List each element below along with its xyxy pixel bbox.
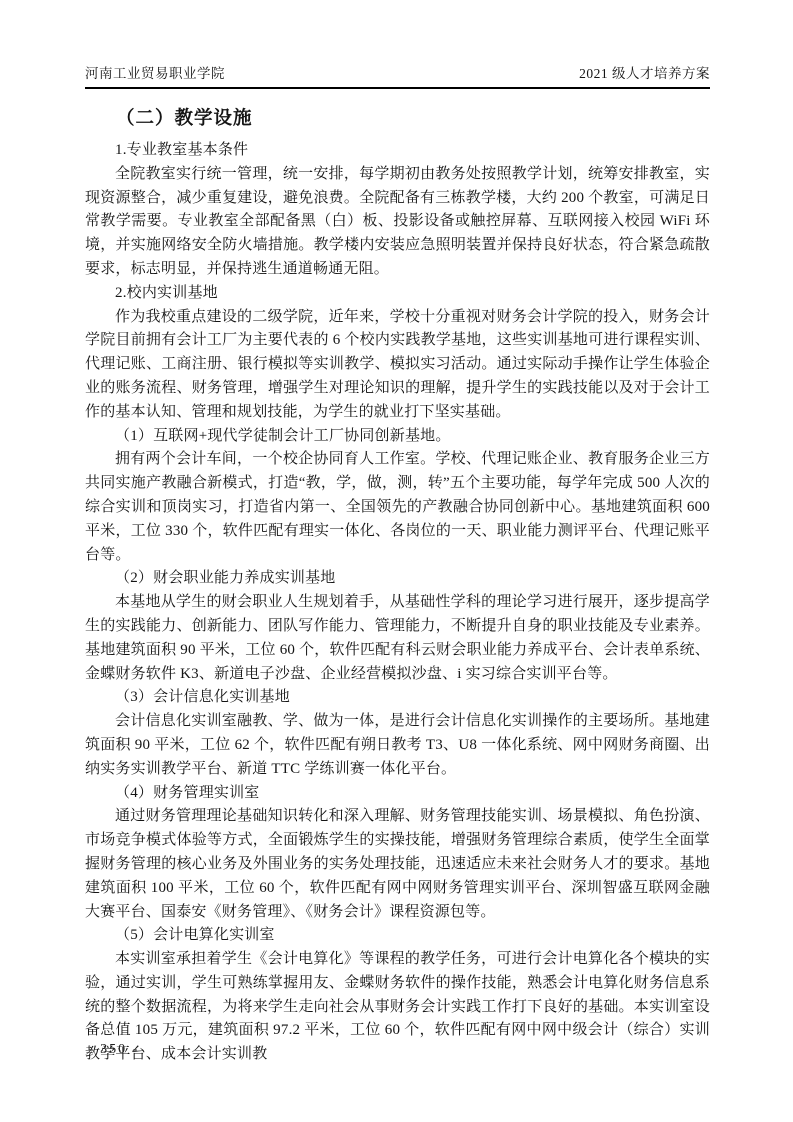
section-title: （二）教学设施 xyxy=(85,104,710,130)
paragraph-base-1: 拥有两个会计车间，一个校企协同育人工作室。学校、代理记账企业、教育服务企业三方共… xyxy=(85,448,710,567)
paragraph-classrooms: 全院教室实行统一管理，统一安排，每学期初由教务处按照教学计划，统筹安排教室，实现… xyxy=(85,163,710,282)
page-footer: - 350 - xyxy=(88,1042,139,1058)
page-header: 河南工业贸易职业学院 2021 级人才培养方案 xyxy=(85,62,710,89)
list-item-heading-4: （4）财务管理实训室 xyxy=(85,782,710,806)
list-item-heading-3: （3）会计信息化实训基地 xyxy=(85,686,710,710)
document-body: 1.专业教室基本条件 全院教室实行统一管理，统一安排，每学期初由教务处按照教学计… xyxy=(85,139,710,1067)
subsection-heading-1: 1.专业教室基本条件 xyxy=(85,139,710,163)
document-page: 河南工业贸易职业学院 2021 级人才培养方案 （二）教学设施 1.专业教室基本… xyxy=(0,0,793,1122)
list-item-heading-1: （1）互联网+现代学徒制会计工厂协同创新基地。 xyxy=(85,425,710,449)
paragraph-base-2: 本基地从学生的财会职业人生规划着手，从基础性学科的理论学习进行展开，逐步提高学生… xyxy=(85,591,710,686)
header-school-name: 河南工业贸易职业学院 xyxy=(85,62,225,82)
paragraph-base-5: 本实训室承担着学生《会计电算化》等课程的教学任务，可进行会计电算化各个模块的实验… xyxy=(85,948,710,1067)
paragraph-training-bases-intro: 作为我校重点建设的二级学院，近年来，学校十分重视对财务会计学院的投入，财务会计学… xyxy=(85,306,710,425)
page-number: - 350 - xyxy=(88,1042,139,1057)
list-item-heading-5: （5）会计电算化实训室 xyxy=(85,924,710,948)
paragraph-base-4: 通过财务管理理论基础知识转化和深入理解、财务管理技能实训、场景模拟、角色扮演、市… xyxy=(85,805,710,924)
header-doc-title: 2021 级人才培养方案 xyxy=(579,62,710,82)
list-item-heading-2: （2）财会职业能力养成实训基地 xyxy=(85,567,710,591)
subsection-heading-2: 2.校内实训基地 xyxy=(85,282,710,306)
paragraph-base-3: 会计信息化实训室融教、学、做为一体，是进行会计信息化实训操作的主要场所。基地建筑… xyxy=(85,710,710,781)
